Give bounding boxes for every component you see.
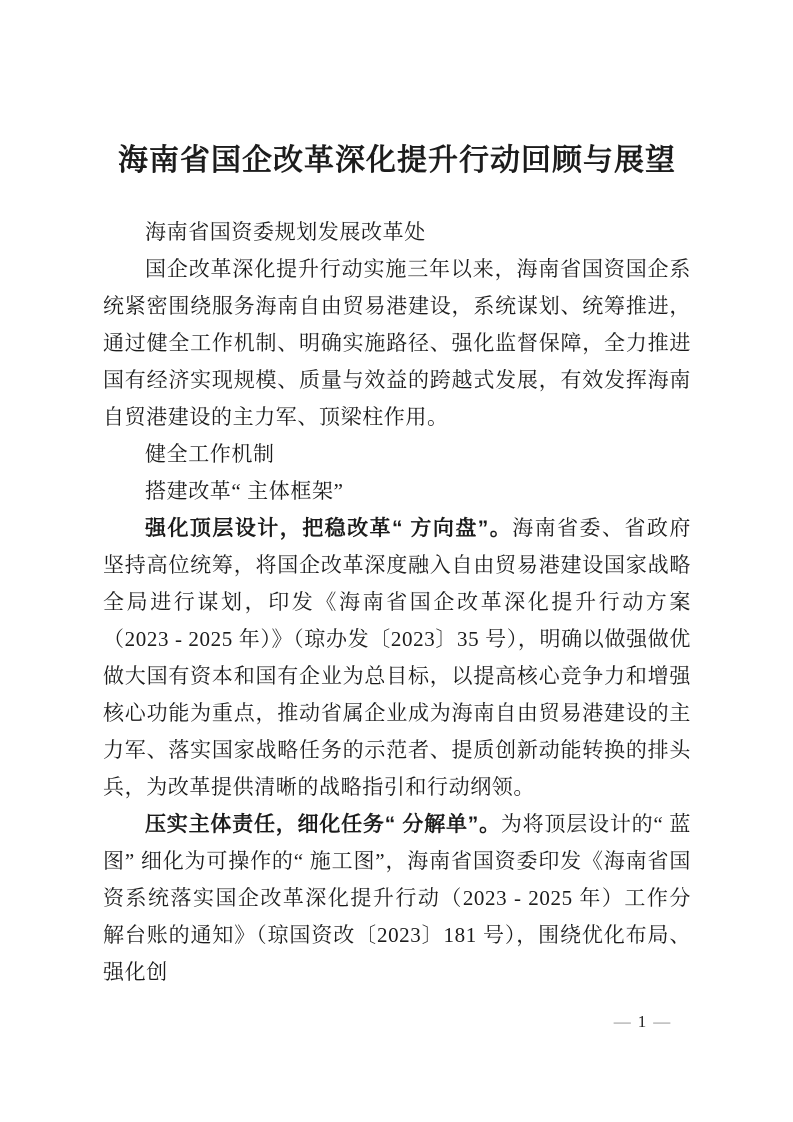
author-line: 海南省国资委规划发展改革处 [103, 214, 691, 251]
paragraph-responsibility: 压实主体责任，细化任务“ 分解单”。为将顶层设计的“ 蓝图” 细化为可操作的“ … [103, 806, 691, 991]
page-number-dash-left: — [607, 1012, 638, 1031]
paragraph-text: 为将顶层设计的“ 蓝图” 细化为可操作的“ 施工图”，海南省国资委印发《海南省国… [103, 812, 691, 984]
page-number-value: 1 [638, 1012, 647, 1031]
paragraph-bold-lead: 强化顶层设计，把稳改革“ 方向盘”。 [145, 517, 512, 540]
paragraph-bold-lead: 压实主体责任，细化任务“ 分解单”。 [145, 813, 501, 836]
subsection-heading: 搭建改革“ 主体框架” [103, 473, 691, 510]
section-heading: 健全工作机制 [103, 436, 691, 473]
intro-paragraph: 国企改革深化提升行动实施三年以来，海南省国资国企系统紧密围绕服务海南自由贸易港建… [103, 251, 691, 436]
paragraph-text: 海南省委、省政府坚持高位统筹，将国企改革深度融入自由贸易港建设国家战略全局进行谋… [103, 516, 691, 799]
document-body: 海南省国资委规划发展改革处 国企改革深化提升行动实施三年以来，海南省国资国企系统… [103, 214, 691, 991]
paragraph-top-design: 强化顶层设计，把稳改革“ 方向盘”。海南省委、省政府坚持高位统筹，将国企改革深度… [103, 510, 691, 806]
page-number: —1— [586, 1010, 698, 1034]
document-content: 海南省国企改革深化提升行动回顾与展望 海南省国资委规划发展改革处 国企改革深化提… [103, 140, 691, 991]
page-number-dash-right: — [646, 1012, 677, 1031]
document-title: 海南省国企改革深化提升行动回顾与展望 [103, 140, 691, 182]
document-page: 海南省国企改革深化提升行动回顾与展望 海南省国资委规划发展改革处 国企改革深化提… [0, 0, 793, 1122]
